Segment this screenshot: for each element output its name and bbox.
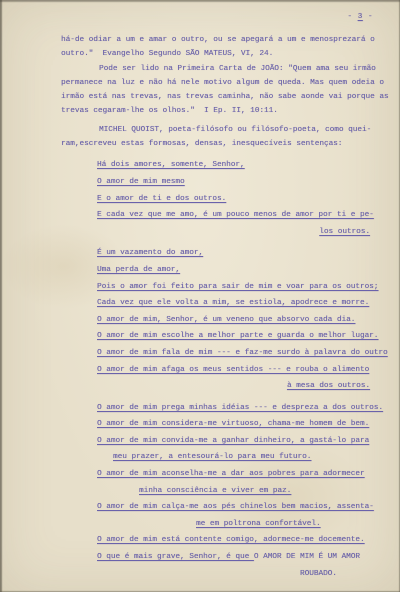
- document-text: há-de odiar a um e amar o outro, ou se a…: [61, 33, 382, 582]
- text-line: O amor de mim, Senhor, é um veneno que a…: [97, 312, 382, 329]
- text-line: meu prazer, a entesourá-lo para meu futu…: [113, 449, 382, 466]
- text-line: há-de odiar a um e amar o outro, ou se a…: [61, 33, 382, 47]
- text-line: O amor de mim calça-me aos pés chinelos …: [97, 499, 382, 516]
- text-line: permanece na luz e não há nele motivo al…: [61, 76, 382, 90]
- text-line: MICHEL QUOIST, poeta-filósofo ou filósof…: [61, 123, 382, 137]
- text-line: O amor de mim afaga os meus sentidos ---…: [97, 362, 382, 379]
- text-line: O amor de mim mesmo: [97, 174, 382, 191]
- text-line: E cada vez que me amo, é um pouco menos …: [97, 207, 382, 224]
- text-line: Pode ser lido na Primeira Carta de JOÃO:…: [61, 62, 382, 76]
- text-line: Uma perda de amor,: [97, 262, 382, 279]
- text-line: E o amor de ti e dos outros.: [97, 191, 382, 208]
- text-line: O amor de mim aconselha-me a dar aos pob…: [97, 466, 382, 483]
- text-segment: O que é mais grave, Senhor, é que: [97, 553, 254, 561]
- text-line: outro." Evangelho Segundo SÃO MATEUS, VI…: [61, 47, 382, 61]
- text-line: O amor de mim considera-me virtuoso, cha…: [97, 416, 382, 433]
- text-line: Cada vez que ele volta a mim, se estiola…: [97, 295, 382, 312]
- text-line: O amor de mim está contente comigo, ador…: [97, 532, 382, 549]
- scanned-page: - 3 - há-de odiar a um e amar o outro, o…: [0, 0, 400, 592]
- text-line: O amor de mim prega minhas idéias --- e …: [97, 400, 382, 417]
- text-line: Há dois amores, somente, Senhor,: [97, 157, 382, 174]
- text-line: à mesa dos outros.: [97, 378, 382, 395]
- text-line: O amor de mim convida-me a ganhar dinhei…: [97, 433, 382, 450]
- text-line: trevas cegaram-lhe os olhos." I Ep. II, …: [61, 104, 382, 118]
- text-segment: -: [347, 13, 357, 21]
- page-number: - 3 -: [347, 13, 373, 21]
- text-line: me em poltrona confortável.: [196, 516, 382, 533]
- text-line: minha consciência e viver em paz.: [139, 483, 382, 500]
- text-segment: O AMOR DE MIM É UM AMOR: [254, 553, 360, 561]
- text-line: O amor de mim fala de mim --- e faz-me s…: [97, 345, 382, 362]
- text-segment: -: [363, 13, 373, 21]
- text-line: los outros.: [97, 224, 382, 241]
- text-line: O amor de mim escolhe a melhor parte e g…: [97, 328, 382, 345]
- text-line: irmão está nas trevas, nas trevas caminh…: [61, 90, 382, 104]
- text-line: ROUBADO.: [300, 566, 382, 583]
- text-line: O que é mais grave, Senhor, é que O AMOR…: [97, 549, 382, 566]
- text-line: Pois o amor foi feito para sair de mim e…: [97, 279, 382, 296]
- text-line: ram,escreveu estas formosas, densas, ine…: [61, 137, 382, 151]
- text-line: É um vazamento do amor,: [97, 245, 382, 262]
